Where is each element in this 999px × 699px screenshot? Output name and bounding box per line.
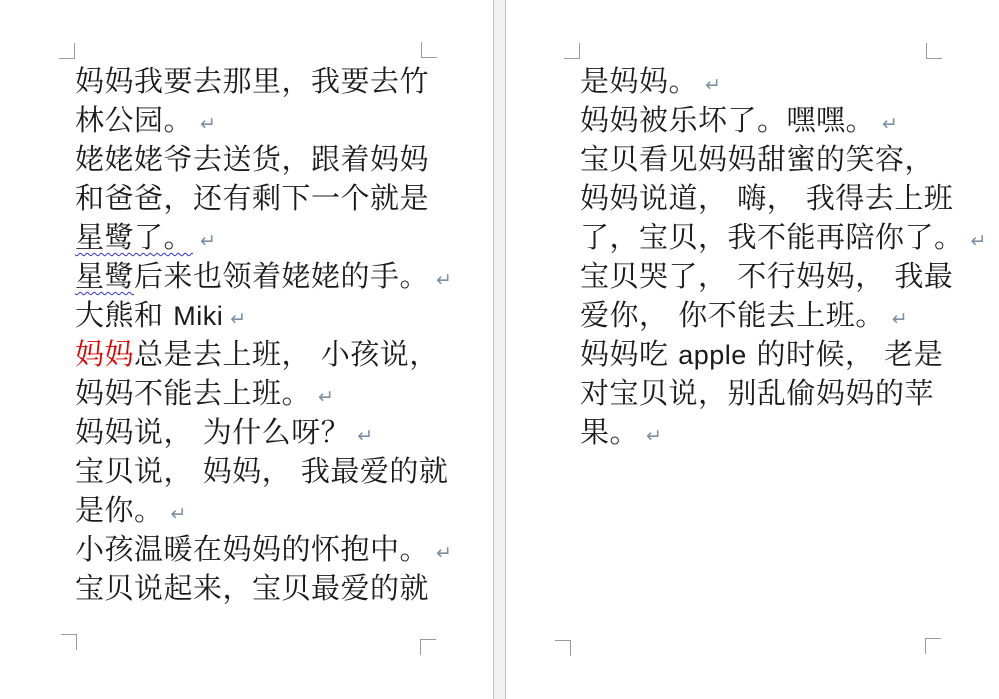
text-segment: 是你。: [75, 493, 164, 527]
text-segment: 小孩温暖在妈妈的怀抱中。: [75, 532, 429, 566]
text-line[interactable]: 妈妈不能去上班。↵: [75, 374, 452, 413]
text-line[interactable]: 妈妈总是去上班， 小孩说，: [75, 335, 452, 374]
text-line[interactable]: 林公园。↵: [75, 101, 452, 140]
text-segment: 了，宝贝，我不能再陪你了。: [580, 220, 964, 254]
text-segment: 和爸爸，还有剩下一个就是: [75, 181, 429, 215]
text-segment: 大熊和: [75, 298, 173, 332]
crop-mark: [555, 640, 571, 656]
text-line[interactable]: 妈妈被乐坏了。嘿嘿。↵: [580, 101, 987, 140]
paragraph-mark-icon: ↵: [892, 308, 908, 330]
crop-mark: [421, 42, 437, 58]
text-line[interactable]: 宝贝看见妈妈甜蜜的笑容，: [580, 140, 987, 179]
text-line[interactable]: 是妈妈。↵: [580, 62, 987, 101]
text-segment: 妈妈我要去那里，我要去竹: [75, 64, 429, 98]
crop-mark: [61, 634, 77, 650]
paragraph-mark-icon: ↵: [436, 269, 452, 291]
text-segment: 妈妈说道， 嗨， 我得去上班: [580, 181, 953, 215]
red-text: 妈妈: [75, 337, 134, 371]
latin-text: apple: [678, 340, 747, 370]
document-page-left-text-area[interactable]: 妈妈我要去那里，我要去竹林公园。↵姥姥姥爷去送货，跟着妈妈和爸爸，还有剩下一个就…: [75, 62, 452, 608]
text-segment: 妈妈说， 为什么呀？: [75, 415, 350, 449]
text-line[interactable]: 小孩温暖在妈妈的怀抱中。↵: [75, 530, 452, 569]
text-segment: 妈妈被乐坏了。嘿嘿。: [580, 103, 875, 137]
text-line[interactable]: 妈妈我要去那里，我要去竹: [75, 62, 452, 101]
paragraph-mark-icon: ↵: [705, 74, 721, 96]
paragraph-mark-icon: ↵: [971, 230, 987, 252]
text-line[interactable]: 宝贝哭了， 不行妈妈， 我最: [580, 257, 987, 296]
text-line[interactable]: 爱你， 你不能去上班。↵: [580, 296, 987, 335]
latin-text: Miki: [173, 301, 223, 331]
text-segment: 妈妈不能去上班。: [75, 376, 311, 410]
text-segment: 姥姥姥爷去送货，跟着妈妈: [75, 142, 429, 176]
text-line[interactable]: 宝贝说起来，宝贝最爱的就: [75, 569, 452, 608]
paragraph-mark-icon: ↵: [882, 113, 898, 135]
text-segment: 林公园。: [75, 103, 193, 137]
text-line[interactable]: 妈妈吃 apple 的时候， 老是: [580, 335, 987, 374]
crop-mark: [926, 43, 942, 59]
text-segment: 宝贝哭了， 不行妈妈， 我最: [580, 259, 953, 293]
paragraph-mark-icon: ↵: [200, 230, 216, 252]
text-segment: 是妈妈。: [580, 64, 698, 98]
text-segment: 对宝贝说，别乱偷妈妈的苹: [580, 376, 934, 410]
text-line[interactable]: 对宝贝说，别乱偷妈妈的苹: [580, 374, 987, 413]
text-segment: 爱你， 你不能去上班。: [580, 298, 885, 332]
paragraph-mark-icon: ↵: [171, 503, 187, 525]
page-gap-divider: [493, 0, 506, 699]
text-segment: 宝贝看见妈妈甜蜜的笑容，: [580, 142, 934, 176]
text-segment: 宝贝说起来，宝贝最爱的就: [75, 571, 429, 605]
text-segment: 果。: [580, 415, 639, 449]
misspelled-text: 星鹭了。: [75, 220, 193, 254]
text-line[interactable]: 星鹭了。↵: [75, 218, 452, 257]
text-line[interactable]: 星鹭后来也领着姥姥的手。↵: [75, 257, 452, 296]
paragraph-mark-icon: ↵: [436, 542, 452, 564]
text-segment: 总是去上班， 小孩说，: [134, 337, 439, 371]
paragraph-mark-icon: ↵: [200, 113, 216, 135]
text-line[interactable]: 妈妈说道， 嗨， 我得去上班: [580, 179, 987, 218]
crop-mark: [420, 639, 436, 655]
document-page-right-text-area[interactable]: 是妈妈。↵妈妈被乐坏了。嘿嘿。↵宝贝看见妈妈甜蜜的笑容，妈妈说道， 嗨， 我得去…: [580, 62, 987, 452]
text-line[interactable]: 妈妈说， 为什么呀？↵: [75, 413, 452, 452]
text-line[interactable]: 和爸爸，还有剩下一个就是: [75, 179, 452, 218]
text-line[interactable]: 大熊和 Miki↵: [75, 296, 452, 335]
paragraph-mark-icon: ↵: [646, 425, 662, 447]
text-segment: 后来也领着姥姥的手。: [134, 259, 429, 293]
text-segment: 的时候， 老是: [747, 337, 943, 371]
text-line[interactable]: 姥姥姥爷去送货，跟着妈妈: [75, 140, 452, 179]
misspelled-text: 星鹭: [75, 259, 134, 293]
text-line[interactable]: 果。↵: [580, 413, 987, 452]
paragraph-mark-icon: ↵: [318, 386, 334, 408]
text-segment: 宝贝说， 妈妈， 我最爱的就: [75, 454, 448, 488]
text-line[interactable]: 宝贝说， 妈妈， 我最爱的就: [75, 452, 452, 491]
text-segment: 妈妈吃: [580, 337, 678, 371]
crop-mark: [564, 43, 580, 59]
text-line[interactable]: 了，宝贝，我不能再陪你了。↵: [580, 218, 987, 257]
text-line[interactable]: 是你。↵: [75, 491, 452, 530]
crop-mark: [925, 638, 941, 654]
paragraph-mark-icon: ↵: [230, 308, 246, 330]
paragraph-mark-icon: ↵: [357, 425, 373, 447]
crop-mark: [59, 43, 75, 59]
